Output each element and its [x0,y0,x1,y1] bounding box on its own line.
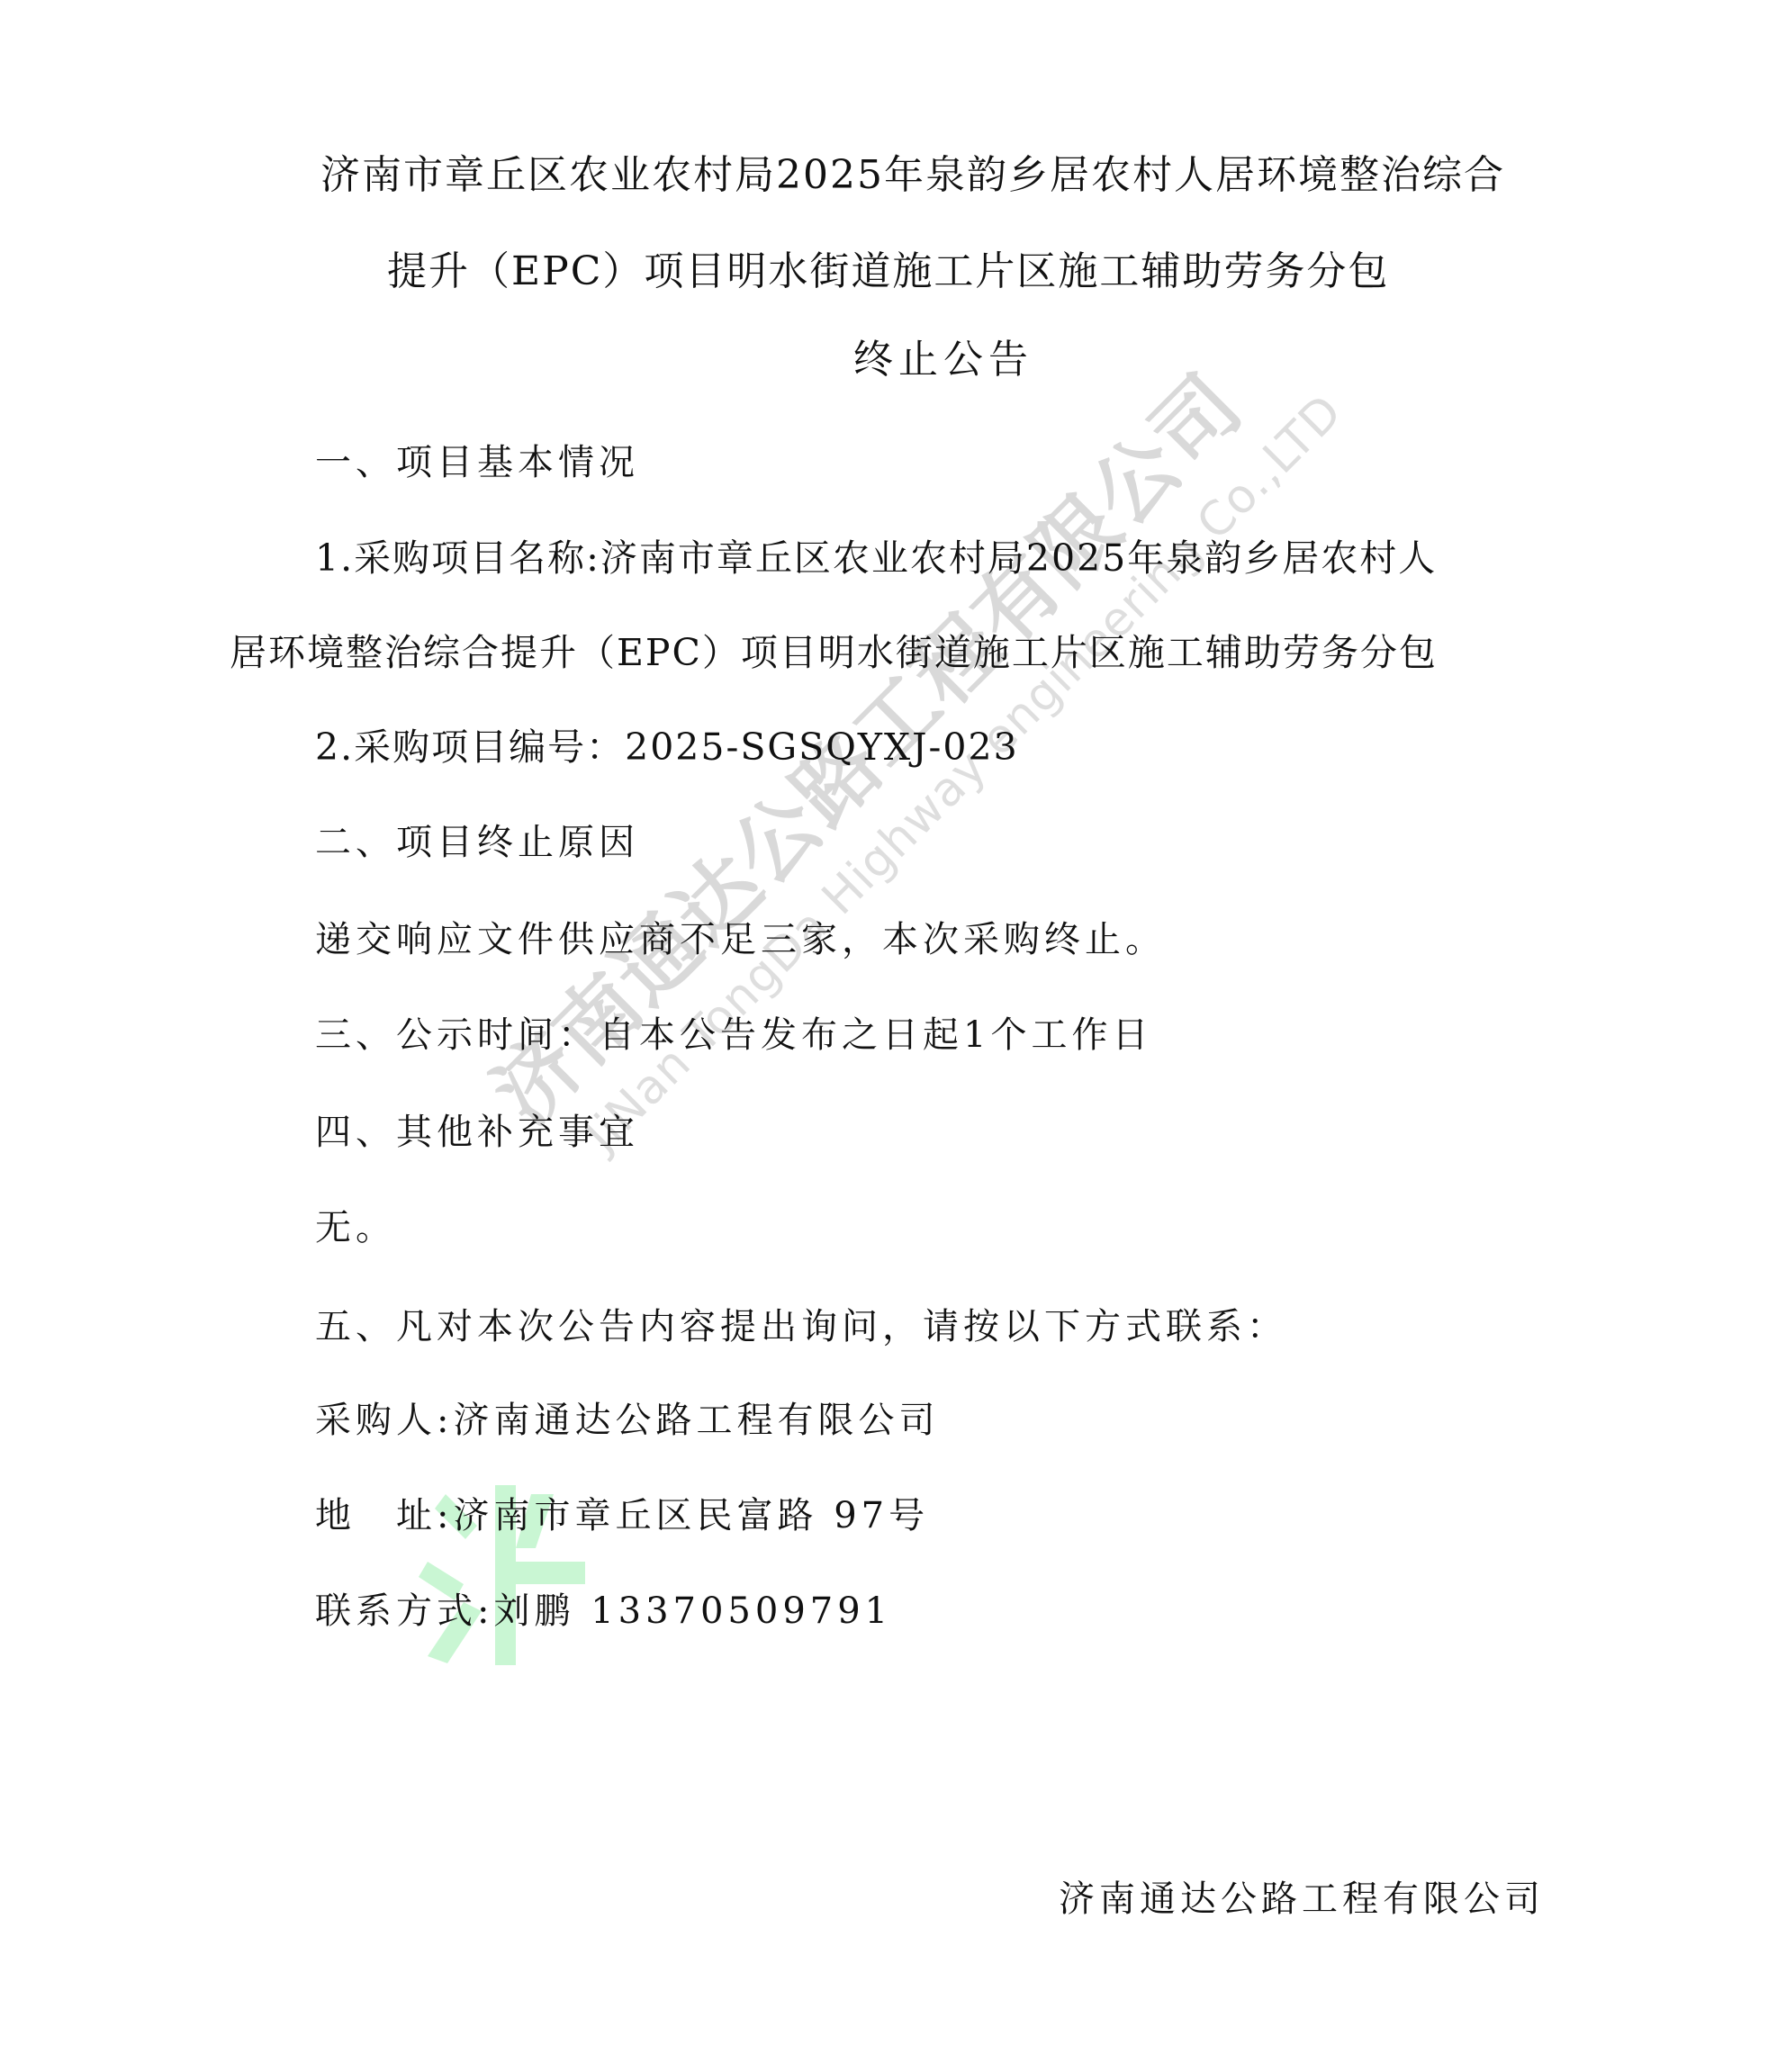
section-4-heading: 四、其他补充事宜 [315,1111,639,1154]
project-name-line-1: 1.采购项目名称:济南市章丘区农业农村局2025年泉韵乡居农村人 [315,536,1437,580]
address: 地 址:济南市章丘区民富路 97号 [315,1494,929,1537]
section-1-heading: 一、项目基本情况 [315,441,639,484]
contact: 联系方式:刘鹏 13370509791 [315,1590,892,1633]
termination-reason: 递交响应文件供应商不足三家，本次采购终止。 [315,918,1166,961]
signature-company: 济南通达公路工程有限公司 [1059,1878,1545,1921]
project-number: 2.采购项目编号：2025-SGSQYXJ-023 [315,725,1019,769]
document-title-line-2: 提升（EPC）项目明水街道施工片区施工辅助劳务分包 [387,250,1389,293]
document-title-line-1: 济南市章丘区农业农村局2025年泉韵乡居农村人居环境整治综合 [320,154,1505,197]
project-name-line-2: 居环境整治综合提升（EPC）项目明水街道施工片区施工辅助劳务分包 [230,631,1438,674]
supplementary-text: 无。 [315,1206,396,1249]
document-title-line-3: 终止公告 [853,338,1033,382]
announcement-document: 济南市章丘区农业农村局2025年泉韵乡居农村人居环境整治综合 提升（EPC）项目… [0,0,1786,2072]
section-3-heading: 三、公示时间：自本公告发布之日起1个工作日 [315,1013,1152,1057]
section-2-heading: 二、项目终止原因 [315,821,639,864]
section-5-heading: 五、凡对本次公告内容提出询问，请按以下方式联系： [315,1305,1287,1348]
purchaser: 采购人:济南通达公路工程有限公司 [315,1399,939,1442]
